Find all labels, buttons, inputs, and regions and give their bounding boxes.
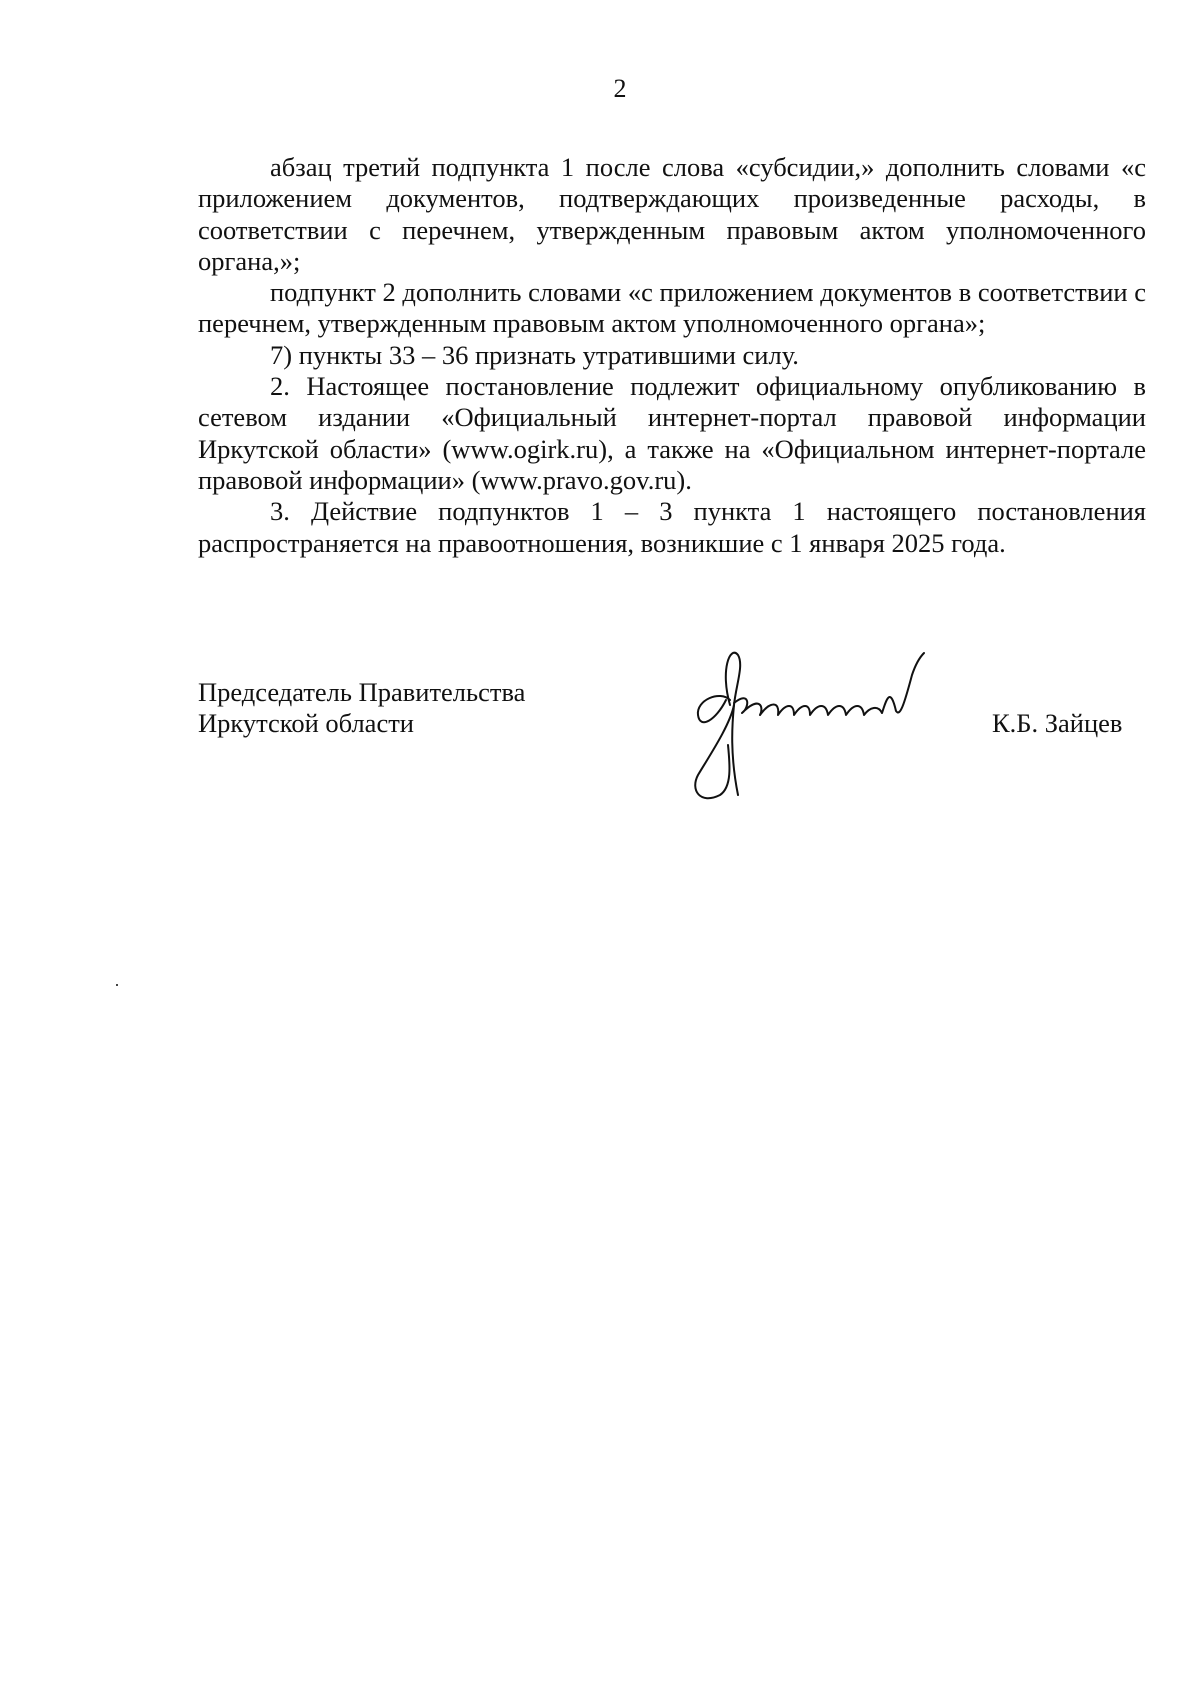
signatory-title-line2: Иркутской области (198, 708, 525, 739)
signatory-title-line1: Председатель Правительства (198, 677, 525, 708)
page-number: 2 (0, 74, 1200, 104)
scan-artifact-dot (116, 984, 118, 986)
handwritten-signature-icon (690, 645, 950, 805)
paragraph-effective-date: 3. Действие подпунктов 1 – 3 пункта 1 на… (198, 496, 1146, 559)
paragraph-amend-subpoint-1: абзац третий подпункта 1 после слова «су… (198, 152, 1146, 277)
signatory-name: К.Б. Зайцев (992, 708, 1122, 739)
document-body: абзац третий подпункта 1 после слова «су… (198, 152, 1146, 559)
paragraph-amend-subpoint-2: подпункт 2 дополнить словами «с приложен… (198, 277, 1146, 340)
signatory-title: Председатель Правительства Иркутской обл… (198, 677, 525, 740)
paragraph-publication: 2. Настоящее постановление подлежит офиц… (198, 371, 1146, 496)
paragraph-item-7: 7) пункты 33 – 36 признать утратившими с… (198, 340, 1146, 371)
